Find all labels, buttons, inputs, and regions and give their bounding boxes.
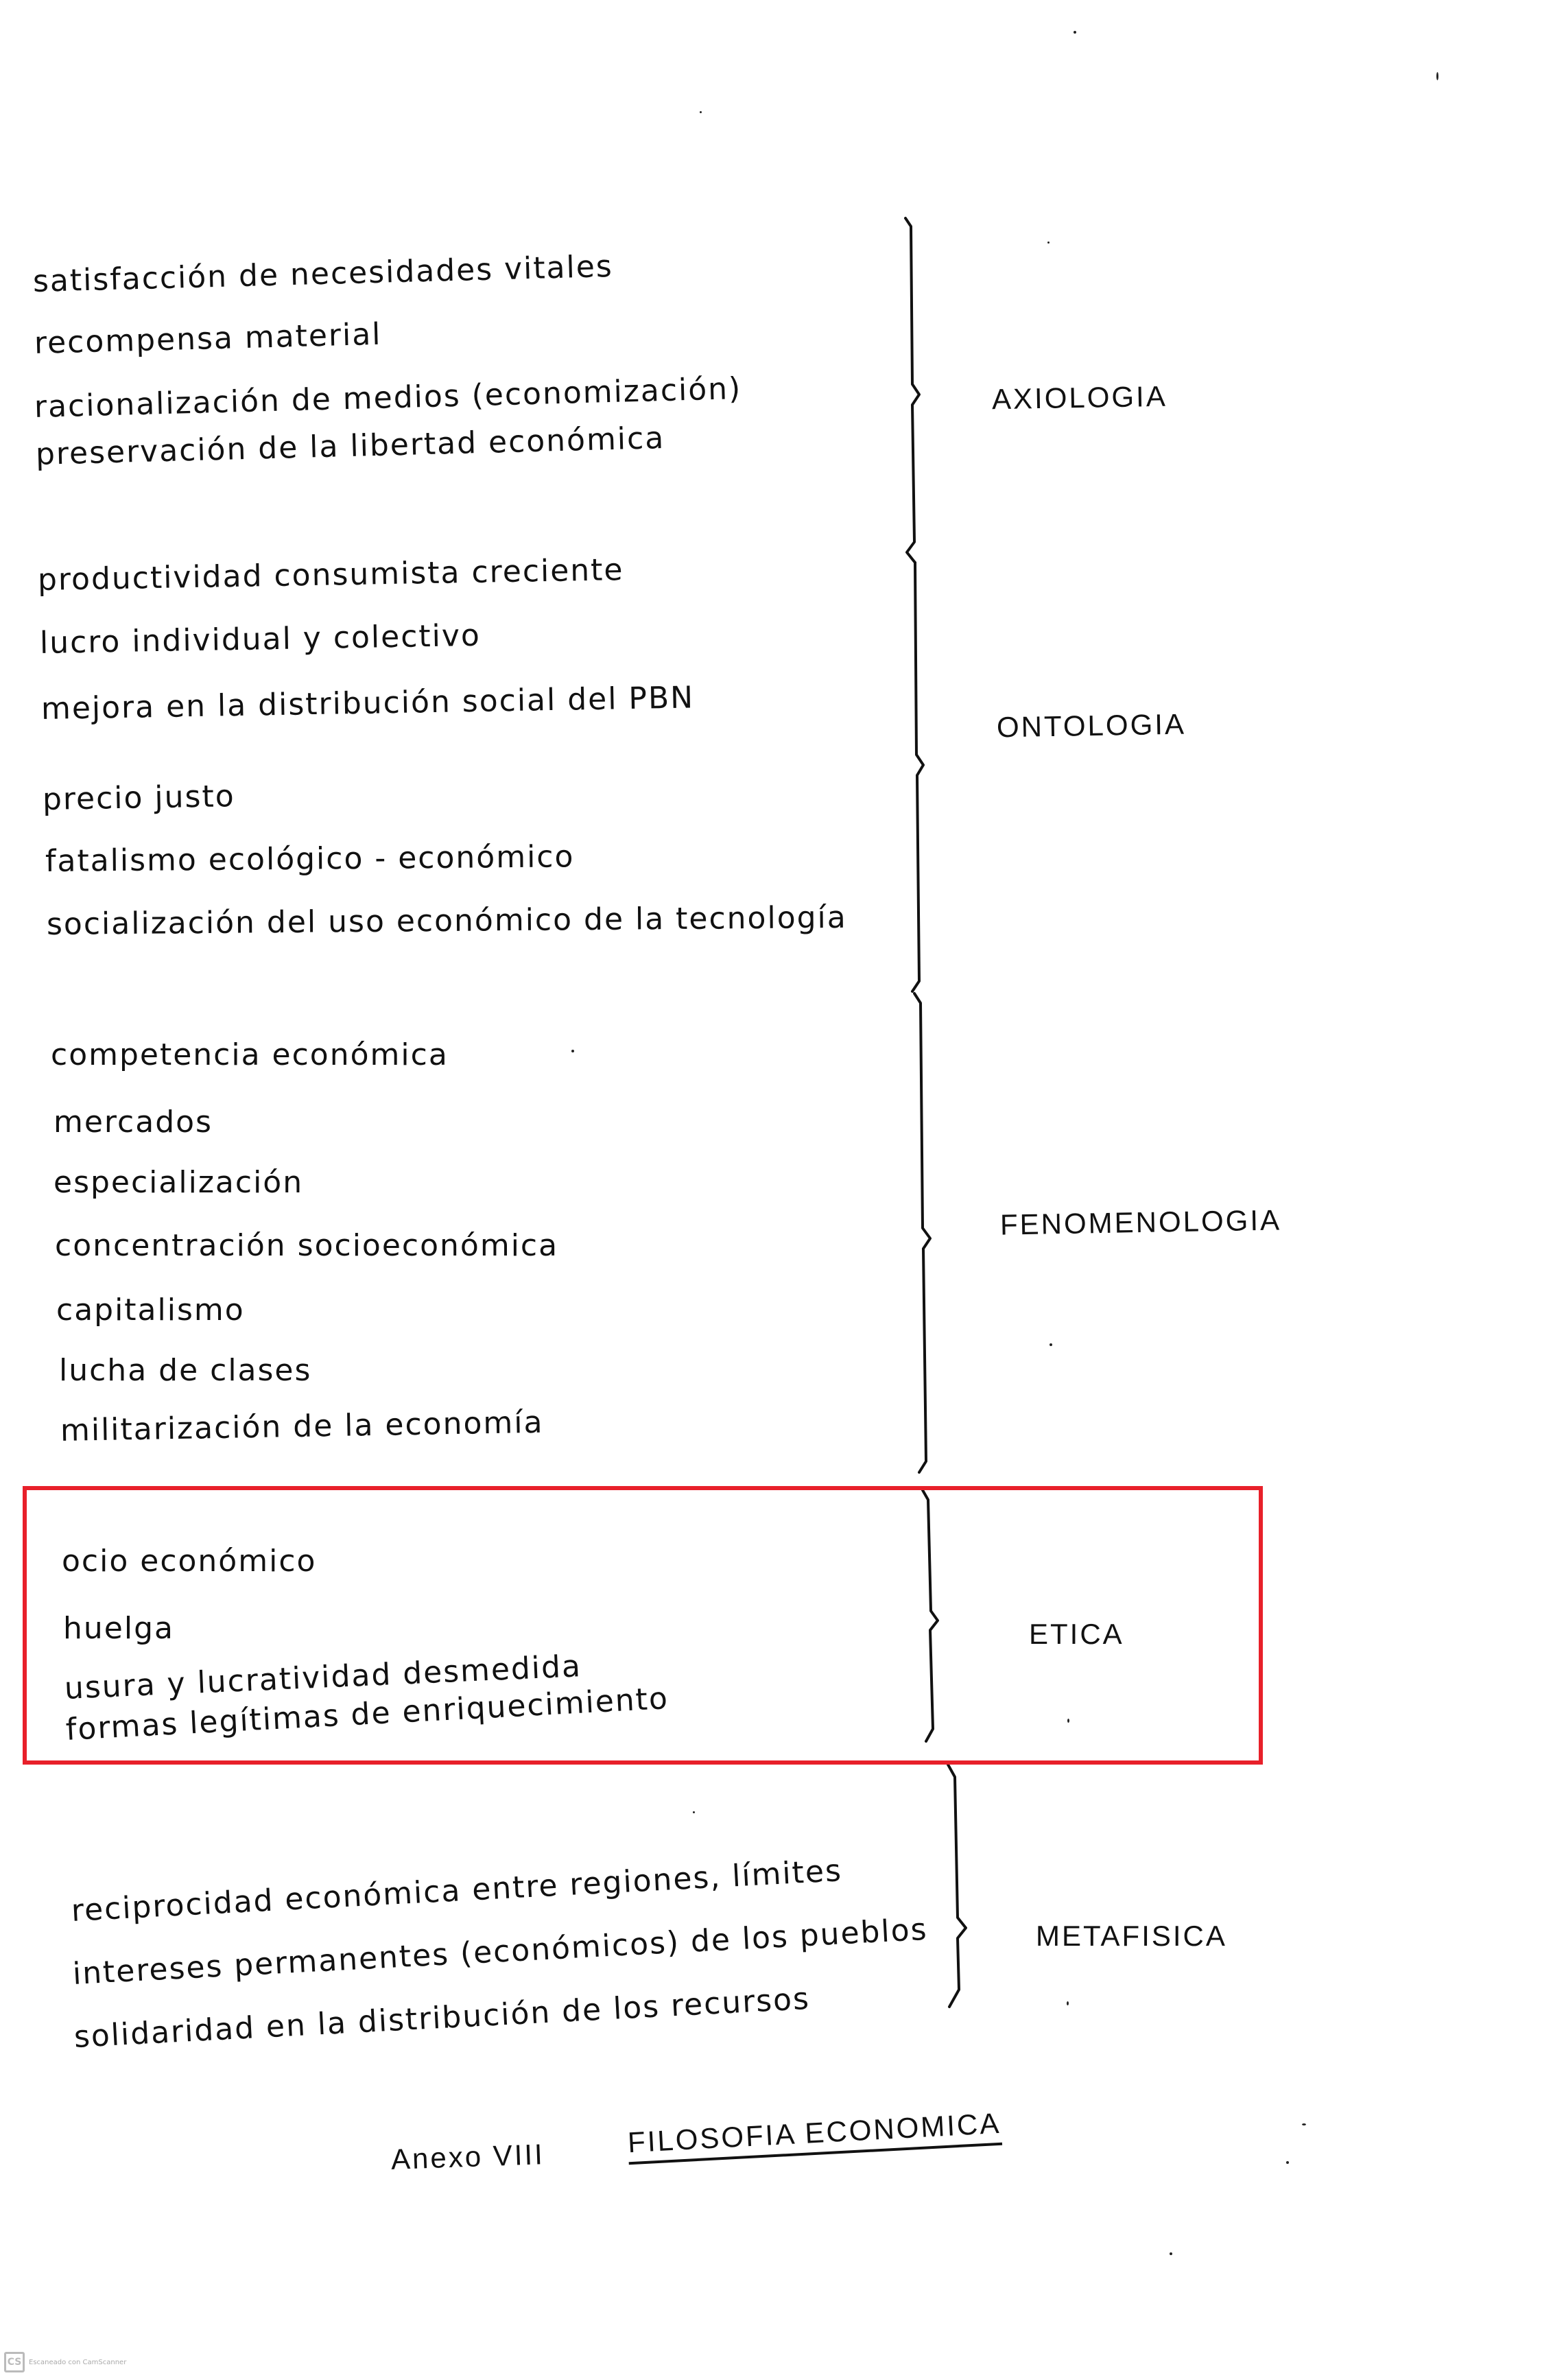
category-label-ontologia: ONTOLOGIA — [997, 708, 1187, 744]
category-label-fenomenologia: FENOMENOLOGIA — [1000, 1203, 1282, 1241]
category-label-metafisica: METAFISICA — [1036, 1920, 1227, 1953]
curly-braces-icon — [0, 0, 1553, 2380]
category-label-axiologia: AXIOLOGIA — [992, 380, 1168, 416]
watermark-text: Escaneado con CamScanner — [29, 2359, 126, 2366]
scanner-watermark: CS Escaneado con CamScanner — [4, 2352, 126, 2372]
highlight-box — [23, 1486, 1263, 1765]
camscanner-logo-icon: CS — [4, 2352, 25, 2372]
annex-label: Anexo VIII — [390, 2138, 545, 2176]
